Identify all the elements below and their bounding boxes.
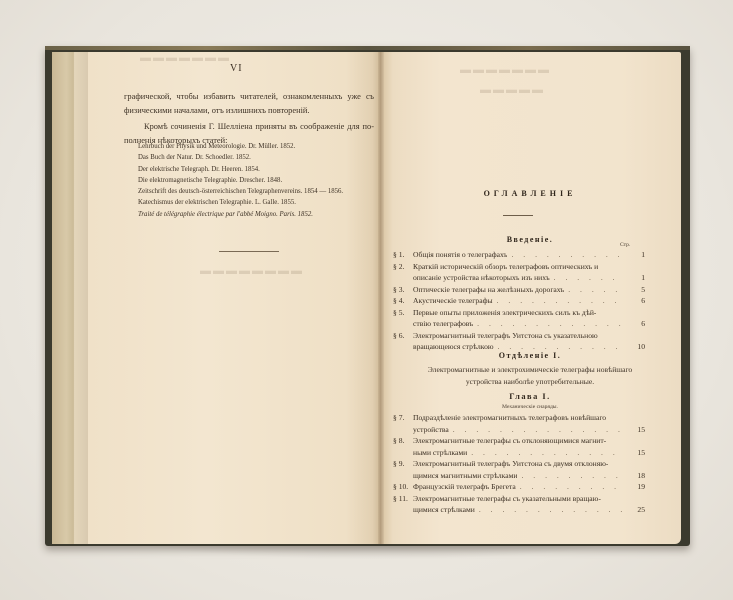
entry-title: Краткій историческій обзоръ телеграфовъ … bbox=[413, 261, 598, 273]
chapter-subtitle: Механическіе снаряды. bbox=[385, 404, 675, 410]
preface-text: графической, чтобы избавить читателей, о… bbox=[124, 90, 374, 147]
leader-dots: . . . . . . . . . . . . . . . . . . . . … bbox=[497, 295, 623, 307]
leader-dots: . . . . . . . . . . . . . . . . . . . . … bbox=[453, 424, 623, 436]
bleed-through-mark: ▬▬▬▬▬ bbox=[480, 84, 545, 96]
section-number: § 7. bbox=[393, 412, 413, 424]
toc-entry: § 2.Краткій историческій обзоръ телеграф… bbox=[393, 261, 645, 284]
entry-title-cont: щимися стрѣлками bbox=[413, 504, 475, 516]
reference-item: Katechismus der elektrischen Telegraphie… bbox=[138, 197, 378, 208]
toc-entry: § 3.Оптическіе телеграфы на желѣзныхъ до… bbox=[393, 284, 645, 296]
entry-title-cont: описаніе устройства нѣкоторыхъ изъ нихъ bbox=[413, 272, 550, 284]
reference-item: Zeitschrift des deutsch-österreichischen… bbox=[138, 186, 378, 197]
text-line: Кромѣ сочиненія Г. Шелліена приняты въ с… bbox=[124, 120, 374, 134]
reference-list: Lehrbuch der Physik und Meteorologie. Dr… bbox=[138, 141, 378, 220]
toc-introduction: § 1.Общія понятія о телеграфахъ. . . . .… bbox=[393, 249, 645, 353]
toc-entry: § 8.Электромагнитные телеграфы съ отклон… bbox=[393, 435, 645, 458]
entry-title-cont: ствію телеграфовъ bbox=[413, 318, 473, 330]
entry-page: 1 bbox=[627, 249, 645, 261]
section-number: § 1. bbox=[393, 249, 413, 261]
reference-item: Traité de télégraphie électrique par l'a… bbox=[138, 209, 378, 220]
section-subtitle: Электромагнитные и электрохимическіе тел… bbox=[385, 364, 675, 388]
leader-dots: . . . . . . . . . . . . . . . . bbox=[554, 272, 623, 284]
page-block-edge bbox=[52, 52, 88, 544]
reference-item: Die elektromagnetische Telegraphie. Dres… bbox=[138, 175, 378, 186]
leader-dots: . . . . . . . . . . . . . . . . . . . . … bbox=[477, 318, 623, 330]
entry-page: 18 bbox=[627, 470, 645, 482]
entry-title: Общія понятія о телеграфахъ bbox=[413, 249, 507, 261]
subtitle-line: Электромагнитные и электрохимическіе тел… bbox=[385, 364, 675, 376]
section-number: § 11. bbox=[393, 493, 413, 505]
toc-entry: § 7.Подраздѣленіе электромагнитныхъ теле… bbox=[393, 412, 645, 435]
bleed-through-mark: ▬▬▬▬▬▬▬ bbox=[460, 64, 551, 76]
section-number: § 10. bbox=[393, 481, 413, 493]
leader-dots: . . . . . . . . . . . . . . . . . . . . … bbox=[511, 249, 623, 261]
section-number: § 4. bbox=[393, 295, 413, 307]
entry-page: 6 bbox=[627, 295, 645, 307]
entry-title: Оптическіе телеграфы на желѣзныхъ дорога… bbox=[413, 284, 564, 296]
leader-dots: . . . . . . . . . . . . . . . . . . . . … bbox=[520, 481, 623, 493]
entry-page: 5 bbox=[627, 284, 645, 296]
entry-page: 25 bbox=[627, 504, 645, 516]
section-divider bbox=[219, 251, 279, 252]
entry-page: 15 bbox=[627, 424, 645, 436]
text-line: физическими началами, отъ излишнихъ повт… bbox=[124, 104, 374, 118]
leader-dots: . . . . . . . . . . . . . . . . . . . . … bbox=[521, 470, 623, 482]
entry-title: Первые опыты приложенія электрическихъ с… bbox=[413, 307, 596, 319]
entry-page: 19 bbox=[627, 481, 645, 493]
section-number: § 8. bbox=[393, 435, 413, 447]
leader-dots: . . . . . . . . . . . . . . . . . . . . … bbox=[479, 504, 623, 516]
toc-entry: § 6.Электромагнитный телеграфъ Уитстона … bbox=[393, 330, 645, 353]
entry-title-cont: ными стрѣлками bbox=[413, 447, 467, 459]
reference-item: Lehrbuch der Physik und Meteorologie. Dr… bbox=[138, 141, 378, 152]
entry-title: Акустическіе телеграфы bbox=[413, 295, 493, 307]
toc-title: ОГЛАВЛЕНІЕ bbox=[385, 189, 675, 198]
page-number: VI bbox=[230, 63, 243, 74]
entry-title: Электромагнитный телеграфъ Уитстона съ д… bbox=[413, 458, 608, 470]
page-column-label: Стр. bbox=[620, 242, 630, 248]
book-gutter bbox=[378, 52, 384, 544]
section-number: § 6. bbox=[393, 330, 413, 342]
entry-page: 15 bbox=[627, 447, 645, 459]
entry-title: Подраздѣленіе электромагнитныхъ телеграф… bbox=[413, 412, 606, 424]
leader-dots: . . . . . . . . . . . . . . . . . . . . … bbox=[471, 447, 623, 459]
toc-chapter-1: § 7.Подраздѣленіе электромагнитныхъ теле… bbox=[393, 412, 645, 516]
chapter-heading: Глава I. bbox=[385, 392, 675, 401]
toc-entry: § 4.Акустическіе телеграфы. . . . . . . … bbox=[393, 295, 645, 307]
bleed-through-mark: ▬▬▬▬▬▬▬▬ bbox=[200, 265, 304, 277]
section-heading: Отдѣленіе I. bbox=[385, 351, 675, 360]
reference-item: Der elektrische Telegraph. Dr. Heeren. 1… bbox=[138, 164, 378, 175]
toc-entry: § 9.Электромагнитный телеграфъ Уитстона … bbox=[393, 458, 645, 481]
entry-title: Электромагнитные телеграфы съ указательн… bbox=[413, 493, 601, 505]
title-divider bbox=[503, 215, 533, 216]
entry-title-cont: устройства bbox=[413, 424, 449, 436]
text-line: графической, чтобы избавить читателей, о… bbox=[124, 90, 374, 104]
entry-page: 6 bbox=[627, 318, 645, 330]
entry-title-cont: щимися магнитными стрѣлками bbox=[413, 470, 517, 482]
cover-worn-edge bbox=[45, 46, 690, 50]
bleed-through-mark: ▬▬▬▬▬▬▬ bbox=[140, 52, 231, 64]
section-number: § 5. bbox=[393, 307, 413, 319]
toc-entry: § 1.Общія понятія о телеграфахъ. . . . .… bbox=[393, 249, 645, 261]
section-number: § 9. bbox=[393, 458, 413, 470]
reference-item: Das Buch der Natur. Dr. Schoedler. 1852. bbox=[138, 152, 378, 163]
toc-entry: § 11.Электромагнитные телеграфы съ указа… bbox=[393, 493, 645, 516]
entry-title: Электромагнитные телеграфы съ отклоняющи… bbox=[413, 435, 606, 447]
introduction-heading: Введеніе. bbox=[385, 235, 675, 244]
toc-entry: § 10.Французскій телеграфъ Брегета. . . … bbox=[393, 481, 645, 493]
subtitle-line: устройства наиболѣе употребительные. bbox=[385, 376, 675, 388]
entry-title: Электромагнитный телеграфъ Уитстона съ у… bbox=[413, 330, 598, 342]
leader-dots: . . . . . . . . . . . . . . . . bbox=[568, 284, 623, 296]
section-number: § 2. bbox=[393, 261, 413, 273]
section-number: § 3. bbox=[393, 284, 413, 296]
toc-entry: § 5.Первые опыты приложенія электрически… bbox=[393, 307, 645, 330]
entry-title: Французскій телеграфъ Брегета bbox=[413, 481, 516, 493]
entry-page: 1 bbox=[627, 272, 645, 284]
